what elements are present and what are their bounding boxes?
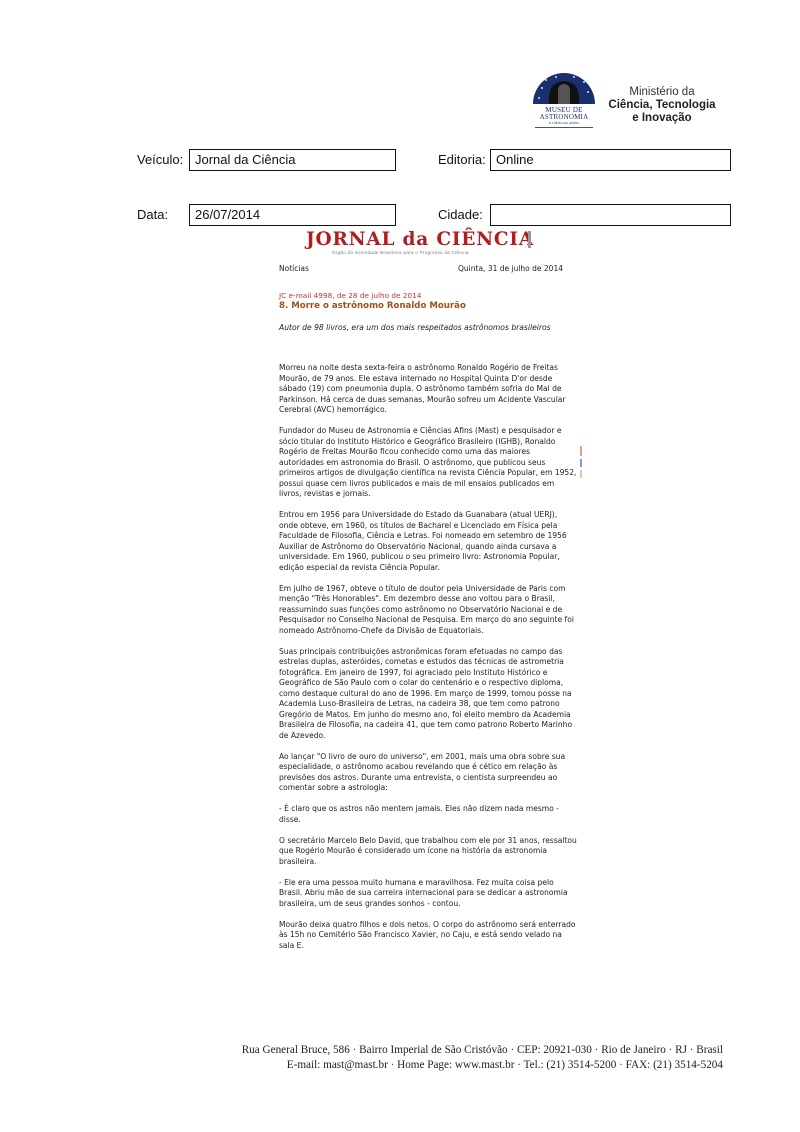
article-lead: Autor de 98 livros, era um dos mais resp…: [279, 323, 564, 334]
article-paragraph: Ao lançar "O livro de ouro do universo",…: [279, 752, 577, 794]
ministerio-line3: e Inovação: [607, 112, 717, 125]
data-label: Data:: [137, 207, 168, 222]
logo-text-line2: ASTRONOMIA: [533, 113, 595, 121]
article-paragraph: - É claro que os astros não mentem jamai…: [279, 804, 577, 825]
cidade-label: Cidade:: [438, 207, 483, 222]
data-field[interactable]: 26/07/2014: [189, 204, 396, 226]
article-paragraph: Em julho de 1967, obteve o título de dou…: [279, 584, 577, 637]
editoria-label: Editoria:: [438, 152, 486, 167]
masthead: JORNAL da CIÊNCIA: [306, 229, 534, 250]
ministerio-line1: Ministério da: [607, 86, 717, 99]
article-clipping: JORNAL da CIÊNCIA Órgão da Sociedade Bra…: [262, 226, 587, 1031]
article-paragraph: O secretário Marcelo Belo David, que tra…: [279, 836, 577, 868]
footer-line2: E-mail: mast@mast.br · Home Page: www.ma…: [0, 1058, 723, 1073]
footer-line1: Rua General Bruce, 586 · Bairro Imperial…: [0, 1043, 723, 1058]
publication-date: Quinta, 31 de julho de 2014: [458, 264, 563, 273]
section-label: Notícias: [279, 264, 309, 273]
article-paragraph: Entrou em 1956 para Universidade do Esta…: [279, 510, 577, 573]
article-body: Morreu na noite desta sexta-feira o astr…: [279, 363, 577, 962]
cidade-field[interactable]: [490, 204, 731, 226]
ministerio-logo: Ministério da Ciência, Tecnologia e Inov…: [607, 86, 717, 125]
article-paragraph: Suas principais contribuições astronômic…: [279, 647, 577, 742]
museu-astronomia-logo: MUSEU DE ASTRONOMIA E CIÊNCIAS AFINS: [533, 73, 595, 129]
logo-text-line3: E CIÊNCIAS AFINS: [533, 121, 595, 125]
logo-rule: [535, 127, 593, 128]
article-paragraph: Morreu na noite desta sexta-feira o astr…: [279, 363, 577, 416]
footer-address: Rua General Bruce, 586 · Bairro Imperial…: [0, 1043, 723, 1073]
editoria-field[interactable]: Online: [490, 149, 731, 171]
veiculo-label: Veículo:: [137, 152, 183, 167]
masthead-subtitle: Órgão da Sociedade Brasileira para o Pro…: [332, 250, 469, 255]
veiculo-field[interactable]: Jornal da Ciência: [189, 149, 396, 171]
article-paragraph: - Ele era uma pessoa muito humana e mara…: [279, 878, 577, 910]
jc-email-issue: JC e-mail 4998, de 28 de julho de 2014: [279, 291, 421, 300]
masthead-bar: [528, 231, 531, 248]
side-marks: [580, 256, 583, 436]
ministerio-line2: Ciência, Tecnologia: [607, 99, 717, 112]
article-headline: 8. Morre o astrônomo Ronaldo Mourão: [279, 301, 466, 311]
article-paragraph: Mourão deixa quatro filhos e dois netos.…: [279, 920, 577, 952]
observatory-dome-icon: [533, 73, 595, 104]
article-paragraph: Fundador do Museu de Astronomia e Ciênci…: [279, 426, 577, 500]
